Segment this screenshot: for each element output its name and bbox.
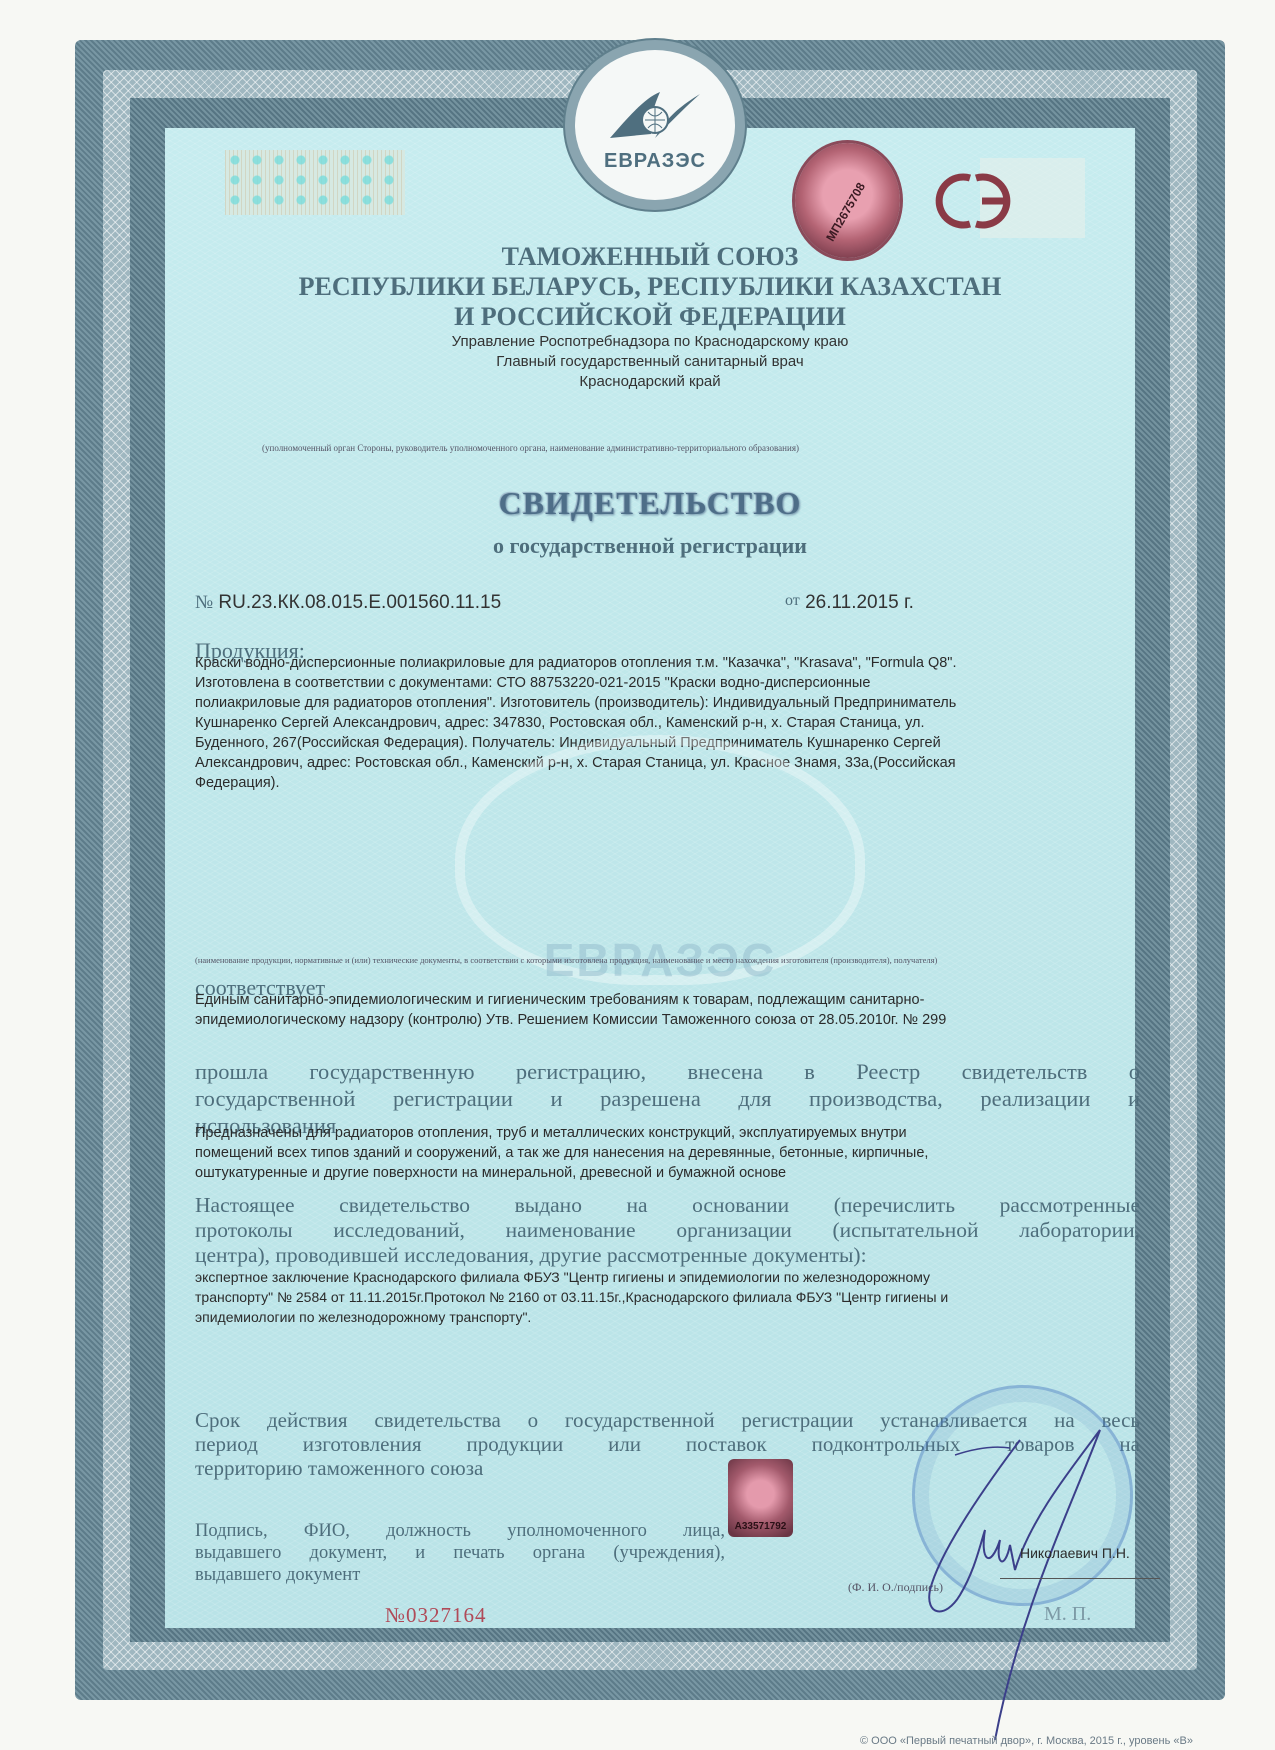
union-title-line1: ТАМОЖЕННЫЙ СОЮЗ [165, 242, 1135, 272]
basis-statement: Настоящее свидетельство выдано на основа… [195, 1193, 1140, 1268]
hologram-seal: МП2675708 [795, 143, 900, 258]
authority-caption: (уполномоченный орган Стороны, руководит… [262, 443, 799, 453]
registration-date-value: 26.11.2015 г. [805, 592, 914, 613]
product-caption: (наименование продукции, нормативные и (… [195, 955, 937, 965]
authority-line1: Управление Роспотребнадзора по Краснодар… [165, 332, 1135, 352]
certificate-subtitle: о государственной регистрации [165, 533, 1135, 559]
registration-date: от 26.11.2015 г. [785, 592, 914, 614]
printer-footer: © ООО «Первый печатный двор», г. Москва,… [860, 1735, 1193, 1747]
basis-line: экспертное заключение Краснодарского фил… [195, 1267, 948, 1287]
signer-name: Николаевич П.Н. [1020, 1543, 1130, 1563]
evrazes-watermark: ЕВРАЗЭС [455, 735, 865, 985]
product-line: Краски водно-дисперсионные полиакриловые… [195, 653, 956, 673]
registration-number-value: RU.23.КК.08.015.Е.001560.11.15 [218, 592, 501, 613]
authority-line2: Главный государственный санитарный врач [165, 352, 1135, 372]
blank-serial-number: №0327164 [385, 1603, 487, 1628]
product-line: Изготовлена в соответствии с документами… [195, 673, 956, 693]
basis-printed-line: протоколы исследований, наименование орг… [195, 1218, 1140, 1243]
basis-line: эпидемиологии по железнодорожному трансп… [195, 1307, 948, 1327]
basis-printed-line: Настоящее свидетельство выдано на основа… [195, 1193, 1140, 1218]
basis-line: транспорту" № 2584 от 11.11.2015г.Проток… [195, 1287, 948, 1307]
signer-caption: (Ф. И. О./подпись) [848, 1580, 943, 1595]
authority-line3: Краснодарский край [165, 372, 1135, 392]
security-hologram-strip [225, 150, 405, 215]
date-prefix: от [785, 592, 800, 609]
certificate-title: СВИДЕТЕЛЬСТВО [165, 485, 1135, 522]
registration-line: государственной регистрации и разрешена … [195, 1085, 1140, 1112]
registration-number: № RU.23.КК.08.015.Е.001560.11.15 [195, 592, 501, 614]
purpose-line: помещений всех типов зданий и сооружений… [195, 1143, 928, 1163]
signature-line: выдавшего документ [195, 1564, 725, 1586]
hologram-serial: МП2675708 [823, 180, 868, 244]
basis-text: экспертное заключение Краснодарского фил… [195, 1267, 948, 1327]
seal-label: М. П. [1044, 1603, 1091, 1626]
registration-line: прошла государственную регистрацию, внес… [195, 1058, 1140, 1085]
evrazes-logo: ЕВРАЗЭС [575, 50, 735, 200]
signature-statement: Подпись, ФИО, должность уполномоченного … [195, 1520, 725, 1586]
conformity-text: Единым санитарно-эпидемиологическим и ги… [195, 990, 946, 1030]
purpose-line: Предназначены для радиаторов отопления, … [195, 1123, 928, 1143]
se-conformity-mark-icon [930, 168, 1016, 234]
union-title-line2: РЕСПУБЛИКИ БЕЛАРУСЬ, РЕСПУБЛИКИ КАЗАХСТА… [165, 272, 1135, 302]
purpose-line: оштукатуренные и другие поверхности на м… [195, 1163, 928, 1183]
product-line: полиакриловые для радиаторов отопления".… [195, 693, 956, 713]
conformity-line: эпидемиологическому надзору (контролю) У… [195, 1010, 946, 1030]
product-line: Кушнаренко Сергей Александрович, адрес: … [195, 713, 956, 733]
hologram-sticker-serial: А33571792 [730, 1521, 791, 1532]
conformity-line: Единым санитарно-эпидемиологическим и ги… [195, 990, 946, 1010]
hologram-sticker: А33571792 [728, 1459, 793, 1537]
signature-underline [1000, 1578, 1160, 1579]
logo-text: ЕВРАЗЭС [575, 150, 735, 173]
signature-line: Подпись, ФИО, должность уполномоченного … [195, 1520, 725, 1542]
evrazes-emblem-icon [605, 90, 705, 140]
signature-line: выдавшего документ, и печать органа (учр… [195, 1542, 725, 1564]
number-prefix: № [195, 592, 213, 613]
basis-printed-line: центра), проводившей исследования, други… [195, 1243, 1140, 1268]
union-title-line3: И РОССИЙСКОЙ ФЕДЕРАЦИИ [165, 302, 1135, 332]
purpose-text: Предназначены для радиаторов отопления, … [195, 1123, 928, 1183]
